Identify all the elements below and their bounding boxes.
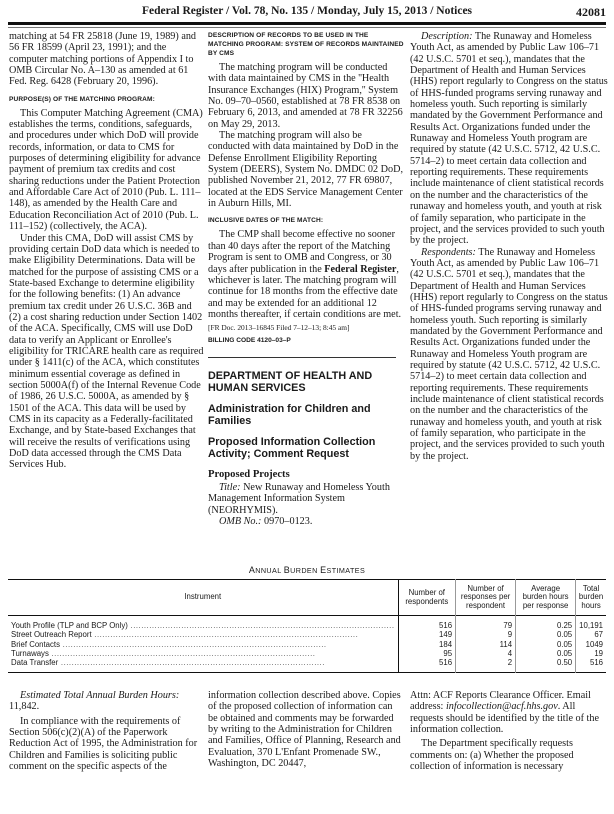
section-heading-purpose: PURPOSE(S) OF THE MATCHING PROGRAM:: [9, 95, 205, 104]
department-heading: DEPARTMENT OF HEALTH AND HUMAN SERVICES: [208, 370, 404, 395]
cell-instrument: Brief Contacts .........................…: [8, 640, 398, 649]
cell-avg-hours: 0.05: [516, 640, 576, 649]
table-title: ANNUAL BURDEN ESTIMATES: [8, 565, 606, 579]
header-rule-thin: [8, 27, 606, 28]
section-heading-records: DESCRIPTION OF RECORDS TO BE USED IN THE…: [208, 31, 404, 58]
header-rule-thick: [8, 22, 606, 25]
cell-instrument: Street Outreach Report .................…: [8, 630, 398, 639]
billing-code: BILLING CODE 4120–03–P: [208, 335, 404, 346]
dot-leader: ........................................…: [58, 658, 325, 667]
project-title: Title: New Runaway and Homeless Youth Ma…: [208, 482, 404, 516]
text: Brief Contacts: [11, 640, 60, 649]
cell-respondents: 149: [398, 630, 456, 639]
paragraph: The matching program will be conducted w…: [208, 62, 404, 130]
table-row: Brief Contacts .........................…: [8, 640, 606, 649]
label: Title:: [219, 482, 241, 493]
table-row: Data Transfer ..........................…: [8, 658, 606, 673]
text: Turnaways: [11, 649, 49, 658]
paragraph: Under this CMA, DoD will assist CMS by p…: [9, 233, 205, 471]
cell-responses: 9: [456, 630, 516, 639]
federal-register-page: Federal Register / Vol. 78, No. 135 / Mo…: [0, 0, 614, 814]
label: Description:: [421, 31, 473, 42]
cell-total-hours: 19: [576, 649, 606, 658]
page-header: Federal Register / Vol. 78, No. 135 / Mo…: [8, 3, 606, 21]
text: Data Transfer: [11, 658, 58, 667]
section-divider: [208, 357, 396, 358]
paragraph: The Department specifically requests com…: [410, 738, 608, 772]
paragraph: matching at 54 FR 25818 (June 19, 1989) …: [9, 31, 205, 88]
cell-respondents: 184: [398, 640, 456, 649]
table-header-row: Instrument Number of respondents Number …: [8, 580, 606, 616]
cell-total-hours: 10,191: [576, 616, 606, 631]
cell-responses: 4: [456, 649, 516, 658]
cell-total-hours: 1049: [576, 640, 606, 649]
cell-avg-hours: 0.25: [516, 616, 576, 631]
column-2: DESCRIPTION OF RECORDS TO BE USED IN THE…: [208, 31, 404, 527]
paragraph: The matching program will also be conduc…: [208, 130, 404, 209]
cell-total-hours: 516: [576, 658, 606, 673]
federal-register-emphasis: Federal Register: [324, 264, 396, 275]
text: NNUAL: [255, 566, 284, 575]
column-3: Description: The Runaway and Homeless Yo…: [410, 31, 608, 462]
text: URDEN: [290, 566, 320, 575]
notice-title: Proposed Information Collection Activity…: [208, 436, 404, 461]
cell-respondents: 516: [398, 616, 456, 631]
table-row: Street Outreach Report .................…: [8, 630, 606, 639]
cell-respondents: 95: [398, 649, 456, 658]
email-address: infocollection@acf.hhs.gov: [446, 701, 558, 712]
column-1: matching at 54 FR 25818 (June 19, 1989) …: [9, 31, 205, 471]
value: 0970–0123.: [261, 516, 312, 527]
total-burden-hours: Estimated Total Annual Burden Hours: 11,…: [9, 690, 205, 713]
header-avg-hours: Average burden hours per response: [516, 580, 576, 616]
cell-total-hours: 67: [576, 630, 606, 639]
paragraph: information collection described above. …: [208, 690, 404, 769]
projects-heading: Proposed Projects: [208, 469, 404, 480]
label: Estimated Total Annual Burden Hours:: [20, 690, 179, 701]
omb-number: OMB No.: 0970–0123.: [208, 516, 404, 527]
bottom-column-3: Attn: ACF Reports Clearance Officer. Ema…: [410, 690, 608, 772]
header-responses: Number of responses per respondent: [456, 580, 516, 616]
text: The Runaway and Homeless Youth Act, as a…: [410, 31, 608, 246]
annual-burden-table: Instrument Number of respondents Number …: [8, 579, 606, 673]
text: STIMATES: [327, 566, 366, 575]
table-row: Youth Profile (TLP and BCP Only) .......…: [8, 616, 606, 631]
cell-responses: 114: [456, 640, 516, 649]
cell-avg-hours: 0.50: [516, 658, 576, 673]
respondents-paragraph: Respondents: The Runaway and Homeless Yo…: [410, 247, 608, 463]
header-instrument: Instrument: [8, 580, 398, 616]
cell-responses: 79: [456, 616, 516, 631]
paragraph: The CMP shall become effective no sooner…: [208, 229, 404, 320]
label: OMB No.:: [219, 516, 261, 527]
label: Respondents:: [421, 247, 476, 258]
cell-avg-hours: 0.05: [516, 649, 576, 658]
paragraph: In compliance with the requirements of S…: [9, 716, 205, 773]
bottom-column-2: information collection described above. …: [208, 690, 404, 769]
cell-avg-hours: 0.05: [516, 630, 576, 639]
section-heading-dates: INCLUSIVE DATES OF THE MATCH:: [208, 216, 404, 225]
dot-leader: ........................................…: [92, 630, 359, 639]
page-number: 42081: [576, 5, 606, 20]
header-total-hours: Total burden hours: [576, 580, 606, 616]
paragraph: This Computer Matching Agreement (CMA) e…: [9, 108, 205, 233]
cell-instrument: Youth Profile (TLP and BCP Only) .......…: [8, 616, 398, 631]
dot-leader: ........................................…: [60, 640, 327, 649]
dot-leader: ........................................…: [128, 621, 395, 630]
text: Street Outreach Report: [11, 630, 92, 639]
paragraph: Attn: ACF Reports Clearance Officer. Ema…: [410, 690, 608, 735]
running-head: Federal Register / Vol. 78, No. 135 / Mo…: [8, 5, 606, 17]
cell-responses: 2: [456, 658, 516, 673]
dot-leader: ........................................…: [49, 649, 316, 658]
bottom-column-1: Estimated Total Annual Burden Hours: 11,…: [9, 690, 205, 772]
annual-burden-table-section: ANNUAL BURDEN ESTIMATES Instrument Numbe…: [8, 565, 606, 673]
agency-heading: Administration for Children and Families: [208, 403, 404, 428]
header-respondents: Number of respondents: [398, 580, 456, 616]
cell-respondents: 516: [398, 658, 456, 673]
value: 11,842.: [9, 701, 39, 712]
fr-doc-line: [FR Doc. 2013–16845 Filed 7–12–13; 8:45 …: [208, 323, 404, 333]
text: Youth Profile (TLP and BCP Only): [11, 621, 128, 630]
cell-instrument: Turnaways ..............................…: [8, 649, 398, 658]
description-paragraph: Description: The Runaway and Homeless Yo…: [410, 31, 608, 247]
table-row: Turnaways ..............................…: [8, 649, 606, 658]
text: The Runaway and Homeless Youth Act, as a…: [410, 247, 608, 462]
cell-instrument: Data Transfer ..........................…: [8, 658, 398, 673]
